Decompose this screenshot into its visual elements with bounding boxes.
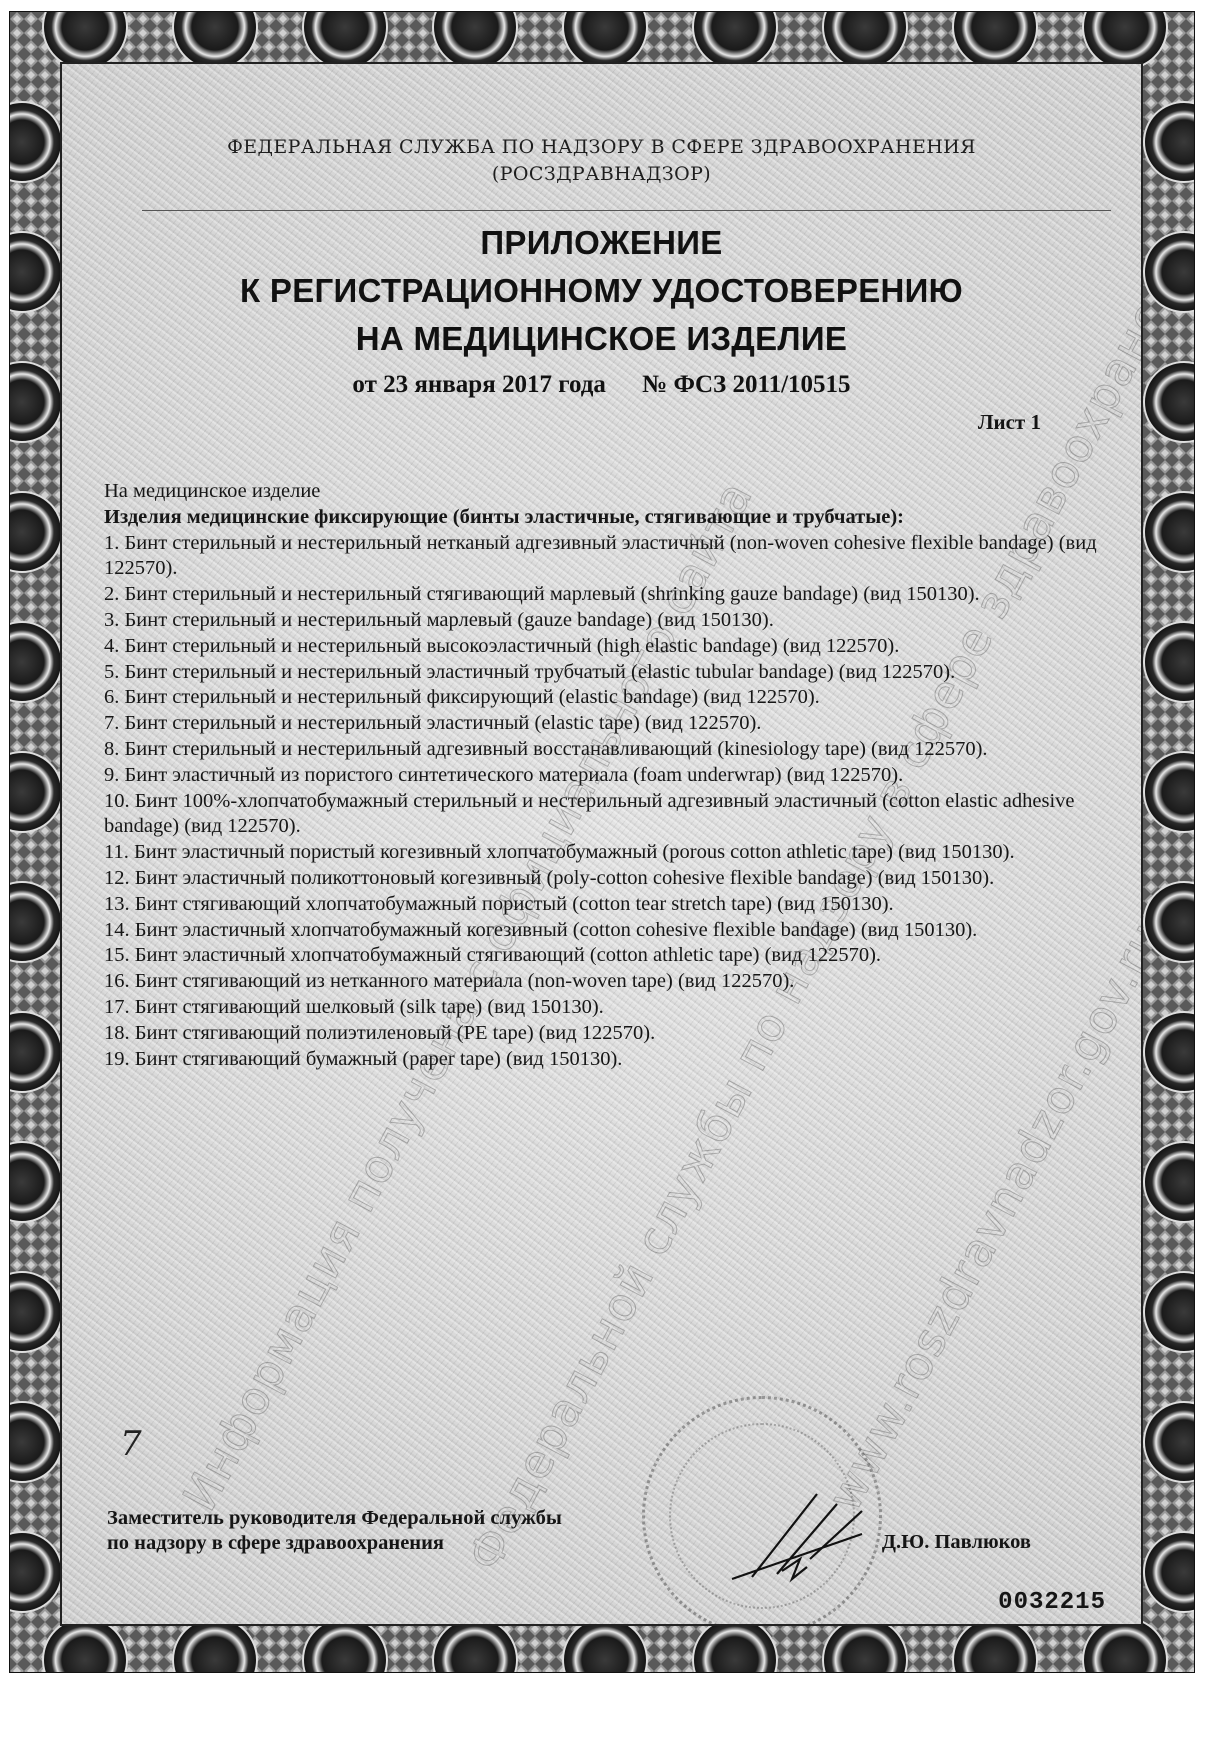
list-item: 14. Бинт эластичный хлопчатобумажный ког… <box>104 918 1114 944</box>
signer-position-line-1: Заместитель руководителя Федеральной слу… <box>107 1506 562 1531</box>
product-group: Изделия медицинские фиксирующие (бинты э… <box>104 505 1114 531</box>
signer-position-line-2: по надзору в сфере здравоохранения <box>107 1531 562 1556</box>
registration-date: от 23 января 2017 года <box>352 371 605 398</box>
list-item: 8. Бинт стерильный и нестерильный адгези… <box>104 737 1114 763</box>
document-title: ПРИЛОЖЕНИЕ К РЕГИСТРАЦИОННОМУ УДОСТОВЕРЕ… <box>62 219 1141 363</box>
handwritten-note: 7 <box>120 1424 142 1464</box>
list-item: 12. Бинт эластичный поликоттоновый когез… <box>104 866 1114 892</box>
header-divider <box>142 210 1111 211</box>
product-list: 1. Бинт стерильный и нестерильный неткан… <box>104 531 1114 1073</box>
signature <box>722 1489 872 1589</box>
registration-line: от 23 января 2017 года № ФСЗ 2011/10515 <box>62 371 1141 399</box>
list-item: 7. Бинт стерильный и нестерильный эласти… <box>104 711 1114 737</box>
list-item: 18. Бинт стягивающий полиэтиленовый (PE … <box>104 1021 1114 1047</box>
agency-name: ФЕДЕРАЛЬНАЯ СЛУЖБА ПО НАДЗОРУ В СФЕРЕ ЗД… <box>62 134 1141 161</box>
document-body: На медицинское изделие Изделия медицинск… <box>104 479 1114 1072</box>
list-item: 1. Бинт стерильный и нестерильный неткан… <box>104 531 1114 583</box>
issuing-agency: ФЕДЕРАЛЬНАЯ СЛУЖБА ПО НАДЗОРУ В СФЕРЕ ЗД… <box>62 134 1141 188</box>
signer-name: Д.Ю. Павлюков <box>882 1531 1031 1554</box>
list-item: 4. Бинт стерильный и нестерильный высоко… <box>104 634 1114 660</box>
title-line-1: ПРИЛОЖЕНИЕ <box>62 219 1141 267</box>
list-item: 5. Бинт стерильный и нестерильный эласти… <box>104 660 1114 686</box>
list-item: 15. Бинт эластичный хлопчатобумажный стя… <box>104 943 1114 969</box>
list-item: 6. Бинт стерильный и нестерильный фиксир… <box>104 685 1114 711</box>
list-item: 10. Бинт 100%-хлопчатобумажный стерильны… <box>104 789 1114 841</box>
list-item: 17. Бинт стягивающий шелковый (silk tape… <box>104 995 1114 1021</box>
list-item: 9. Бинт эластичный из пористого синтетич… <box>104 763 1114 789</box>
list-item: 16. Бинт стягивающий из нетканного матер… <box>104 969 1114 995</box>
agency-abbreviation: (РОСЗДРАВНАДЗОР) <box>62 161 1141 188</box>
list-item: 3. Бинт стерильный и нестерильный марлев… <box>104 608 1114 634</box>
registration-number: № ФСЗ 2011/10515 <box>642 371 850 398</box>
intro-text: На медицинское изделие <box>104 479 1114 505</box>
signer-position: Заместитель руководителя Федеральной слу… <box>107 1506 562 1556</box>
list-item: 13. Бинт стягивающий хлопчатобумажный по… <box>104 892 1114 918</box>
list-item: 2. Бинт стерильный и нестерильный стягив… <box>104 582 1114 608</box>
list-item: 19. Бинт стягивающий бумажный (paper tap… <box>104 1047 1114 1073</box>
serial-number: 0032215 <box>998 1589 1106 1616</box>
certificate-content-panel: Информация получена с официального сайта… <box>60 62 1143 1626</box>
list-item: 11. Бинт эластичный пористый когезивный … <box>104 840 1114 866</box>
title-line-3: НА МЕДИЦИНСКОЕ ИЗДЕЛИЕ <box>62 315 1141 363</box>
certificate-sheet: Информация получена с официального сайта… <box>9 11 1195 1673</box>
sheet-number: Лист 1 <box>978 410 1041 435</box>
title-line-2: К РЕГИСТРАЦИОННОМУ УДОСТОВЕРЕНИЮ <box>62 267 1141 315</box>
